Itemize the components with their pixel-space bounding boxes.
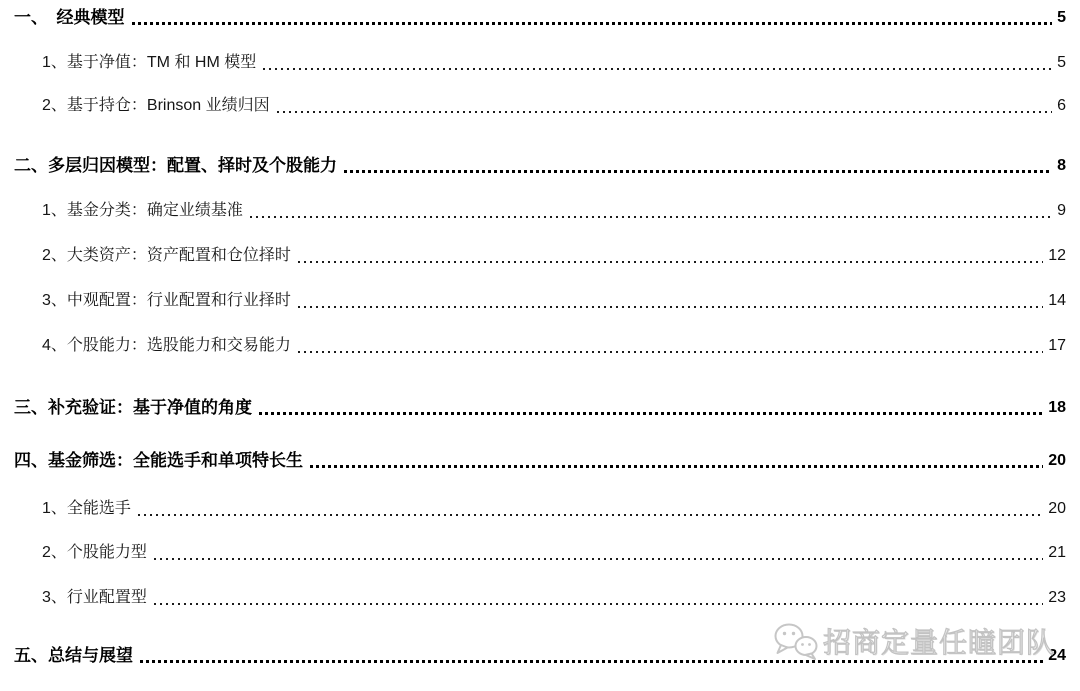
toc-entry-label: 3、中观配置：行业配置和行业择时 [42,288,291,314]
watermark-text: 招商定量任瞳团队 [823,621,1055,661]
toc-entry-label: 1、基于净值：TM 和 HM 模型 [42,50,256,76]
page-number: 5 [1057,5,1066,31]
page-number: 21 [1048,540,1066,566]
toc-entry-label: 2、个股能力型 [42,540,147,566]
toc-entry[interactable]: 1、全能选手 20 [0,496,1080,522]
dot-leader [277,111,1052,113]
toc-entry-label: 三、补充验证：基于净值的角度 [14,395,252,421]
dot-leader [310,465,1043,468]
dot-leader [154,603,1043,605]
dot-leader [263,68,1052,70]
dot-leader [154,558,1043,560]
toc-entry[interactable]: 4、个股能力：选股能力和交易能力 17 [0,333,1080,359]
page-number: 5 [1057,50,1066,76]
toc-entry-label: 1、基金分类：确定业绩基准 [42,198,243,224]
toc-entry[interactable]: 一、 经典模型 5 [0,5,1080,31]
toc-entry-label: 五、总结与展望 [14,643,133,669]
dot-leader [344,170,1052,173]
toc-entry[interactable]: 四、基金筛选：全能选手和单项特长生 20 [0,448,1080,474]
toc-entry[interactable]: 三、补充验证：基于净值的角度 18 [0,395,1080,421]
page-number: 23 [1048,585,1066,611]
page-number: 6 [1057,93,1066,119]
toc-entry[interactable]: 2、基于持仓：Brinson 业绩归因 6 [0,93,1080,119]
page-number: 12 [1048,243,1066,269]
dot-leader [298,351,1043,353]
dot-leader [298,306,1043,308]
page-number: 20 [1048,448,1066,474]
toc-entry[interactable]: 二、多层归因模型：配置、择时及个股能力 8 [0,153,1080,179]
dot-leader [250,216,1052,218]
toc-entry-label: 2、基于持仓：Brinson 业绩归因 [42,93,270,119]
dot-leader [298,261,1043,263]
toc-entry[interactable]: 3、行业配置型 23 [0,585,1080,611]
wechat-chat-bubbles-icon [772,620,820,662]
toc-entry[interactable]: 1、基金分类：确定业绩基准 9 [0,198,1080,224]
toc-entry-label: 2、大类资产：资产配置和仓位择时 [42,243,291,269]
toc-entry[interactable]: 2、大类资产：资产配置和仓位择时 12 [0,243,1080,269]
toc-entry-label: 4、个股能力：选股能力和交易能力 [42,333,291,359]
toc-entry[interactable]: 3、中观配置：行业配置和行业择时 14 [0,288,1080,314]
page-number: 18 [1048,395,1066,421]
toc-entry-label: 四、基金筛选：全能选手和单项特长生 [14,448,303,474]
page-number: 20 [1048,496,1066,522]
toc-entry-label: 二、多层归因模型：配置、择时及个股能力 [14,153,337,179]
toc-entry[interactable]: 2、个股能力型 21 [0,540,1080,566]
page-number: 8 [1057,153,1066,179]
toc-entry-label: 一、 经典模型 [14,5,125,31]
page-number: 14 [1048,288,1066,314]
watermark: 招商定量任瞳团队 [772,620,1055,662]
toc-entry[interactable]: 1、基于净值：TM 和 HM 模型 5 [0,50,1080,76]
dot-leader [259,412,1043,415]
toc-entry-label: 1、全能选手 [42,496,131,522]
toc-page: 一、 经典模型 5 1、基于净值：TM 和 HM 模型 5 2、基于持仓：Bri… [0,0,1080,691]
page-number: 9 [1057,198,1066,224]
dot-leader [138,514,1043,516]
page-number: 17 [1048,333,1066,359]
dot-leader [132,22,1053,25]
toc-entry-label: 3、行业配置型 [42,585,147,611]
